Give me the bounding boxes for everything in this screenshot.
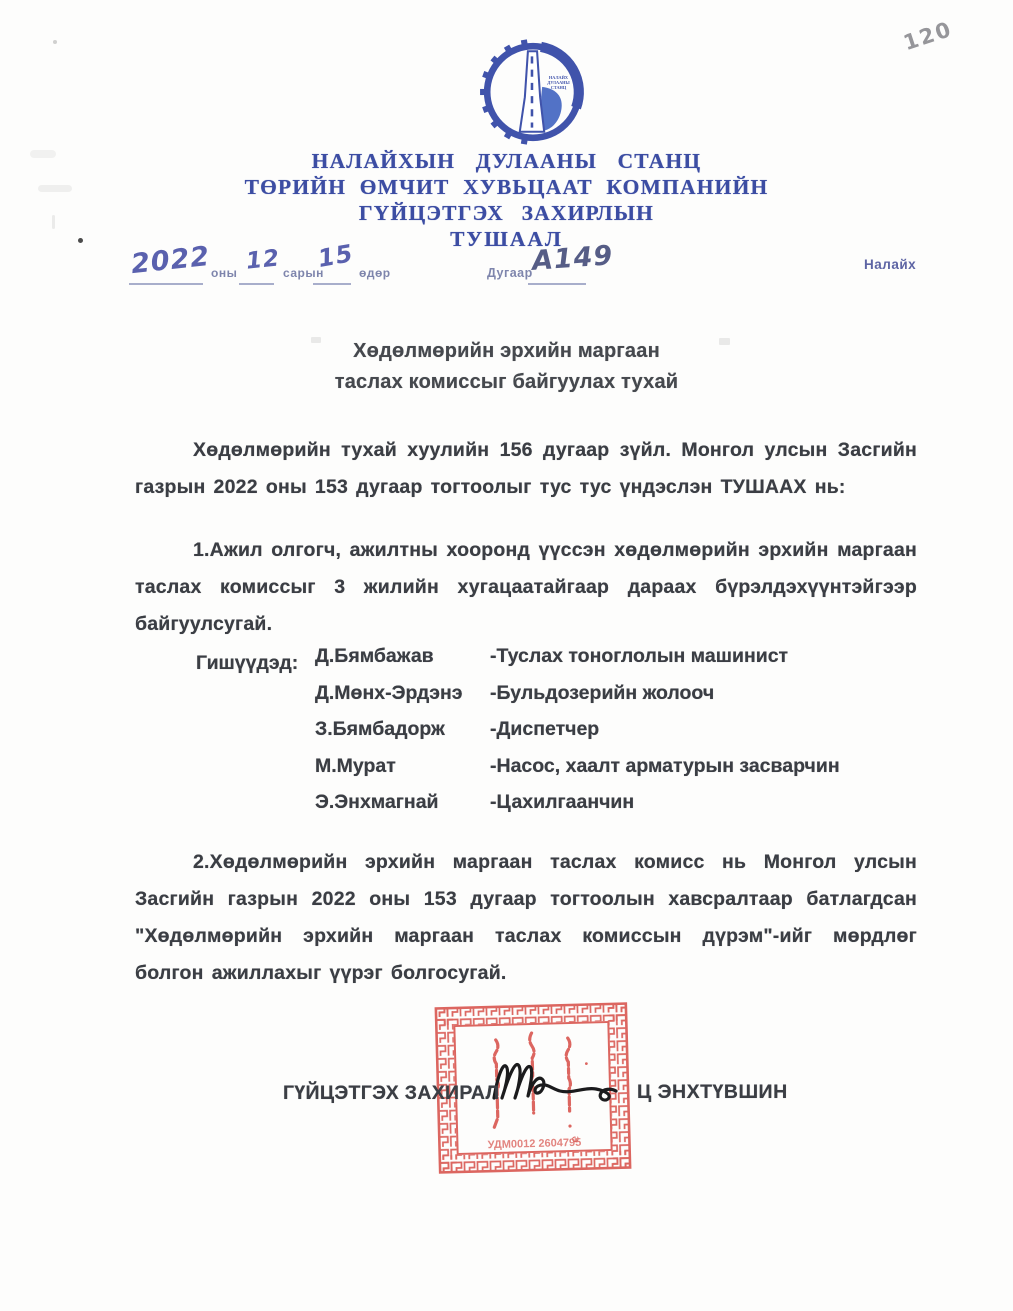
handwritten-month: 12 bbox=[245, 245, 282, 274]
scan-artifact bbox=[719, 338, 730, 345]
underline bbox=[528, 283, 586, 285]
member-row: Д.Бямбажав -Туслах тоноглолын машинист bbox=[315, 645, 915, 682]
members-list: Д.Бямбажав -Туслах тоноглолын машинист Д… bbox=[315, 645, 915, 828]
month-label: сарын bbox=[283, 266, 324, 280]
title-line2: таслах комиссыг байгуулах тухай bbox=[0, 367, 1013, 398]
day-label: өдөр bbox=[359, 266, 391, 280]
scan-artifact bbox=[30, 150, 56, 158]
svg-text:СТАНЦ: СТАНЦ bbox=[551, 85, 567, 90]
handwritten-document-number: А149 bbox=[531, 240, 614, 277]
handwritten-day: 15 bbox=[316, 239, 356, 273]
member-row: З.Бямбадорж -Диспетчер bbox=[315, 718, 915, 755]
signatory-position: ГҮЙЦЭТГЭХ ЗАХИРАЛ bbox=[283, 1082, 500, 1105]
title-line1: Хөдөлмөрийн эрхийн маргаан bbox=[0, 336, 1013, 367]
member-name: Э.Энхмагнай bbox=[315, 791, 490, 814]
member-name: М.Мурат bbox=[315, 755, 490, 778]
member-name: Д.Мөнх-Эрдэнэ bbox=[315, 682, 490, 705]
member-title: -Туслах тоноглолын машинист bbox=[490, 645, 915, 668]
scanned-document-page: 120 НАЛАЙХ ДУЛААНЫ СТАНЦ bbox=[0, 0, 1013, 1311]
scan-artifact bbox=[52, 215, 55, 229]
director-signature-ink bbox=[488, 1048, 638, 1112]
scan-artifact bbox=[38, 185, 72, 192]
org-name-line2: ТӨРИЙН ӨМЧИТ ХУВЬЦААТ КОМПАНИЙН bbox=[0, 174, 1013, 200]
underline bbox=[239, 283, 274, 285]
org-name-line1: НАЛАЙХЫН ДУЛААНЫ СТАНЦ bbox=[0, 148, 1013, 174]
year-label: оны bbox=[211, 266, 237, 280]
member-row: Д.Мөнх-Эрдэнэ -Бульдозерийн жолооч bbox=[315, 682, 915, 719]
member-title: -Диспетчер bbox=[490, 718, 915, 741]
document-title: Хөдөлмөрийн эрхийн маргаан таслах комисс… bbox=[0, 336, 1013, 398]
signatory-name: Ц ЭНХТҮВШИН bbox=[637, 1081, 788, 1104]
clause-2-paragraph: 2.Хөдөлмөрийн эрхийн маргаан таслах коми… bbox=[135, 844, 917, 992]
member-title: -Цахилгаанчин bbox=[490, 791, 915, 814]
stamp-serial-number: УДМ0012 2604795 bbox=[488, 1137, 582, 1151]
scan-artifact bbox=[78, 238, 83, 243]
org-name-line3: ГҮЙЦЭТГЭХ ЗАХИРЛЫН bbox=[0, 200, 1013, 226]
member-name: Д.Бямбажав bbox=[315, 645, 490, 668]
member-row: Э.Энхмагнай -Цахилгаанчин bbox=[315, 791, 915, 828]
members-label: Гишүүдэд: bbox=[196, 645, 298, 682]
member-title: -Насос, хаалт арматурын засварчин bbox=[490, 755, 915, 778]
scan-artifact bbox=[311, 337, 321, 343]
city-label: Налайх bbox=[864, 257, 916, 272]
logo-caption: НАЛАЙХ ДУЛААНЫ СТАНЦ bbox=[547, 75, 570, 90]
preamble-paragraph: Хөдөлмөрийн тухай хуулийн 156 дугаар зүй… bbox=[135, 432, 917, 506]
scan-artifact bbox=[53, 40, 57, 44]
member-name: З.Бямбадорж bbox=[315, 718, 490, 741]
letterhead: НАЛАЙХЫН ДУЛААНЫ СТАНЦ ТӨРИЙН ӨМЧИТ ХУВЬ… bbox=[0, 148, 1013, 252]
handwritten-page-number: 120 bbox=[901, 17, 956, 55]
member-row: М.Мурат -Насос, хаалт арматурын засварчи… bbox=[315, 755, 915, 792]
clause-1-paragraph: 1.Ажил олгогч, ажилтны хооронд үүссэн хө… bbox=[135, 532, 917, 643]
underline bbox=[129, 283, 203, 285]
company-logo: НАЛАЙХ ДУЛААНЫ СТАНЦ bbox=[477, 36, 589, 148]
underline bbox=[313, 283, 351, 285]
member-title: -Бульдозерийн жолооч bbox=[490, 682, 915, 705]
number-label: Дугаар bbox=[487, 266, 533, 280]
